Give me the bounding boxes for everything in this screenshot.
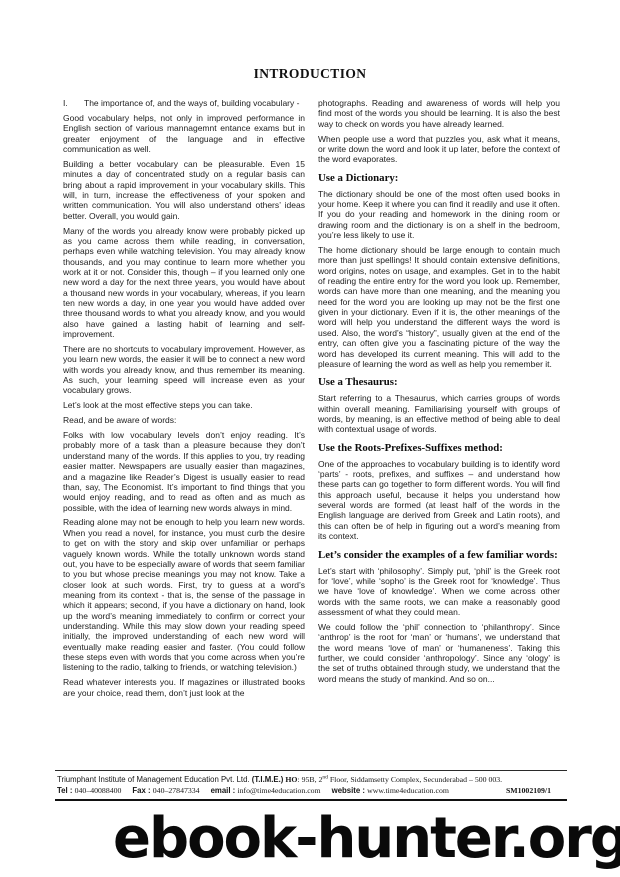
section-heading: Use a Dictionary: [318,172,560,185]
footer-contact-pair: Fax : 040–27847334 [132,785,199,796]
footer-document-code: SM1002109/1 [506,785,565,796]
paragraph: Read whatever interests you. If magazine… [63,677,305,698]
footer-contact-pair: Tel : 040–40088400 [57,785,121,796]
paragraph: Good vocabulary helps, not only in impro… [63,113,305,154]
list-item-text: The importance of, and the ways of, buil… [84,98,305,108]
footer-segment: : 95B, 2 [297,775,322,784]
footer-contact-line: Tel : 040–40088400Fax : 040–27847334emai… [57,785,565,796]
paragraph: There are no shortcuts to vocabulary imp… [63,344,305,396]
left-column: I.The importance of, and the ways of, bu… [63,98,305,703]
paragraph: The dictionary should be one of the most… [318,189,560,241]
paragraph: One of the approaches to vocabulary buil… [318,459,560,542]
watermark-text: ebook-hunter.org [113,806,620,871]
paragraph: Read, and be aware of words: [63,415,305,425]
section-heading: Let’s consider the examples of a few fam… [318,549,560,562]
footer-contact-value: 040–27847334 [153,786,200,795]
footer-contact-pair: website : www.time4education.com [332,785,449,796]
footer-segment: Triumphant Institute of Management Educa… [57,775,252,784]
paragraph: The home dictionary should be large enou… [318,245,560,369]
footer-contact-label: email : [211,786,238,795]
page-title: INTRODUCTION [0,66,620,82]
paragraph: When people use a word that puzzles you,… [318,134,560,165]
footer-contact-label: Fax : [132,786,152,795]
section-heading: Use the Roots-Prefixes-Suffixes method: [318,442,560,455]
footer-segment: HO [285,775,297,784]
list-marker: I. [63,98,84,108]
paragraph: Building a better vocabulary can be plea… [63,159,305,221]
paragraph: Let’s start with ‘philosophy’. Simply pu… [318,566,560,618]
publisher-footer: Triumphant Institute of Management Educa… [55,770,567,801]
paragraph: Reading alone may not be enough to help … [63,517,305,672]
footer-segment: (T.I.M.E.) [252,775,284,784]
two-column-text-area: I.The importance of, and the ways of, bu… [63,98,560,703]
paragraph: We could follow the ‘phil’ connection to… [318,622,560,684]
paragraph: Start referring to a Thesaurus, which ca… [318,393,560,434]
footer-contact-value: www.time4education.com [367,786,449,795]
paragraph: Let’s look at the most effective steps y… [63,400,305,410]
footer-contact-label: website : [332,786,368,795]
footer-segment: Floor, Siddamsetty Complex, Secunderabad… [328,775,502,784]
right-column: photographs. Reading and awareness of wo… [318,98,560,703]
paragraph: Many of the words you already know were … [63,226,305,340]
paragraph: photographs. Reading and awareness of wo… [318,98,560,129]
footer-contact-value: 040–40088400 [75,786,122,795]
footer-contact-value: info@time4education.com [237,786,320,795]
paragraph: Folks with low vocabulary levels don’t e… [63,430,305,513]
footer-address-line: Triumphant Institute of Management Educa… [57,774,565,785]
footer-contact-label: Tel : [57,786,75,795]
section-heading: Use a Thesaurus: [318,376,560,389]
footer-contact-pair: email : info@time4education.com [211,785,321,796]
list-item: I.The importance of, and the ways of, bu… [63,98,305,108]
